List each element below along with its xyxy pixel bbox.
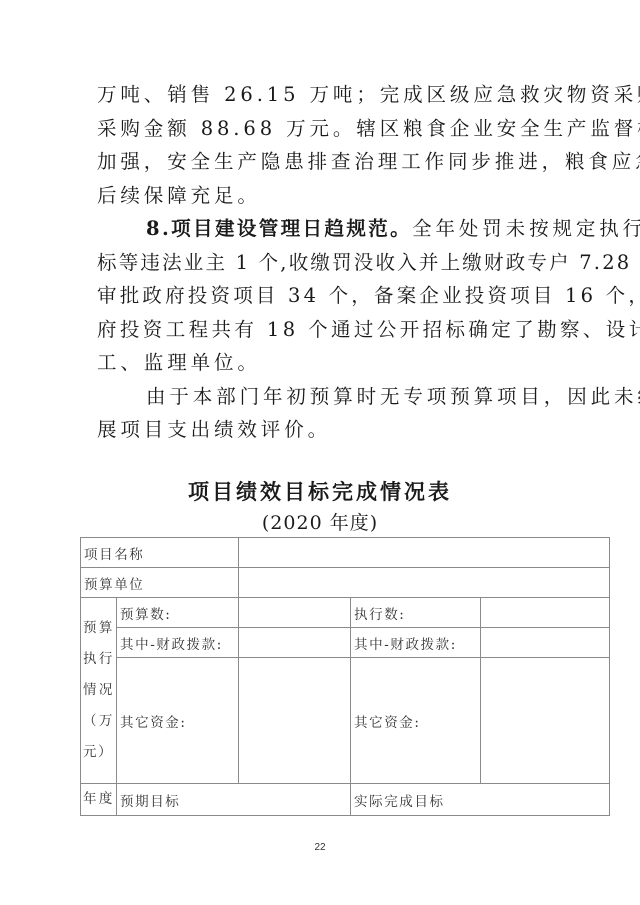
paragraph-2-line-5: 工、监理单位。 xyxy=(97,346,549,380)
executed-amount-value xyxy=(481,598,610,628)
paragraph-1-line-4: 后续保障充足。 xyxy=(97,179,549,213)
actual-goal-label: 实际完成目标 xyxy=(351,784,610,816)
table-subtitle: (2020 年度) xyxy=(0,510,640,536)
other-funds-value-executed xyxy=(481,658,610,784)
expected-goal-label: 预期目标 xyxy=(117,784,351,816)
annual-label-char: 年 xyxy=(83,784,98,815)
other-funds-label-executed: 其它资金: xyxy=(351,658,481,784)
table-title: 项目绩效目标完成情况表 xyxy=(0,478,640,506)
annual-label-char: 度 xyxy=(99,784,114,815)
annual-label: 年度 xyxy=(81,784,117,816)
side-label-char: 执 xyxy=(83,644,98,675)
side-label-char: 况 xyxy=(99,675,114,706)
paragraph-2-line-2: 标等违法业主 1 个,收缴罚没收入并上缴财政专户 7.28 万元， xyxy=(97,246,549,280)
page-number: 22 xyxy=(0,842,640,853)
executed-amount-label: 执行数: xyxy=(351,598,481,628)
side-label-char: 行 xyxy=(99,644,114,675)
budget-amount-value xyxy=(239,598,351,628)
section-heading: 8.项目建设管理日趋规范。 xyxy=(146,217,412,240)
table-row-annual-goals: 年度 预期目标 实际完成目标 xyxy=(81,784,610,816)
table-row-budget-amount: 预算 执行 情况 （万 元） 预算数: 执行数: xyxy=(81,598,610,628)
paragraph-3-line-2: 展项目支出绩效评价。 xyxy=(97,413,549,447)
side-label-char: 情 xyxy=(83,675,98,706)
budget-amount-label: 预算数: xyxy=(117,598,239,628)
paragraph-2-line-4: 府投资工程共有 18 个通过公开招标确定了勘察、设计、施 xyxy=(97,313,549,347)
fiscal-allocation-label-executed: 其中-财政拨款: xyxy=(351,628,481,658)
side-label-char: 万 xyxy=(99,706,114,737)
side-label-char: （ xyxy=(83,706,98,737)
table-row-project-name: 项目名称 xyxy=(81,538,610,568)
project-name-value xyxy=(239,538,610,568)
budget-unit-label: 预算单位 xyxy=(81,568,239,598)
table-row-other-funds: 其它资金: 其它资金: xyxy=(81,658,610,784)
fiscal-allocation-value-budget xyxy=(239,628,351,658)
paragraph-1-line-1: 万吨、销售 26.15 万吨；完成区级应急救灾物资采购任务， xyxy=(97,78,549,112)
table-row-fiscal-allocation: 其中-财政拨款: 其中-财政拨款: xyxy=(81,628,610,658)
other-funds-label-budget: 其它资金: xyxy=(117,658,239,784)
side-label-char: 预 xyxy=(83,613,98,644)
project-name-label: 项目名称 xyxy=(81,538,239,568)
side-label-char: 算 xyxy=(99,613,114,644)
paragraph-1-line-3: 加强，安全生产隐患排查治理工作同步推进，粮食应急供应 xyxy=(97,145,549,179)
paragraph-3-line-1: 由于本部门年初预算时无专项预算项目，因此未组织开 xyxy=(97,380,549,414)
paragraph-2-line-1: 8.项目建设管理日趋规范。全年处罚未按规定执行招投 xyxy=(97,212,549,246)
budget-execution-label: 预算 执行 情况 （万 元） xyxy=(81,598,117,784)
fiscal-allocation-value-executed xyxy=(481,628,610,658)
paragraph-2-line-3: 审批政府投资项目 34 个，备案企业投资项目 16 个，全区政 xyxy=(97,279,549,313)
paragraph-2-first-line-text: 全年处罚未按规定执行招投 xyxy=(412,217,640,240)
performance-table: 项目名称 预算单位 预算 执行 情况 （万 元） 预算数: 执行数: 其中-财政… xyxy=(80,537,610,816)
side-label-char: 元） xyxy=(83,737,113,768)
paragraph-1-line-2: 采购金额 88.68 万元。辖区粮食企业安全生产监督检查同步 xyxy=(97,112,549,146)
fiscal-allocation-label-budget: 其中-财政拨款: xyxy=(117,628,239,658)
other-funds-value-budget xyxy=(239,658,351,784)
budget-unit-value xyxy=(239,568,610,598)
body-text: 万吨、销售 26.15 万吨；完成区级应急救灾物资采购任务， 采购金额 88.6… xyxy=(97,78,549,447)
table-row-budget-unit: 预算单位 xyxy=(81,568,610,598)
